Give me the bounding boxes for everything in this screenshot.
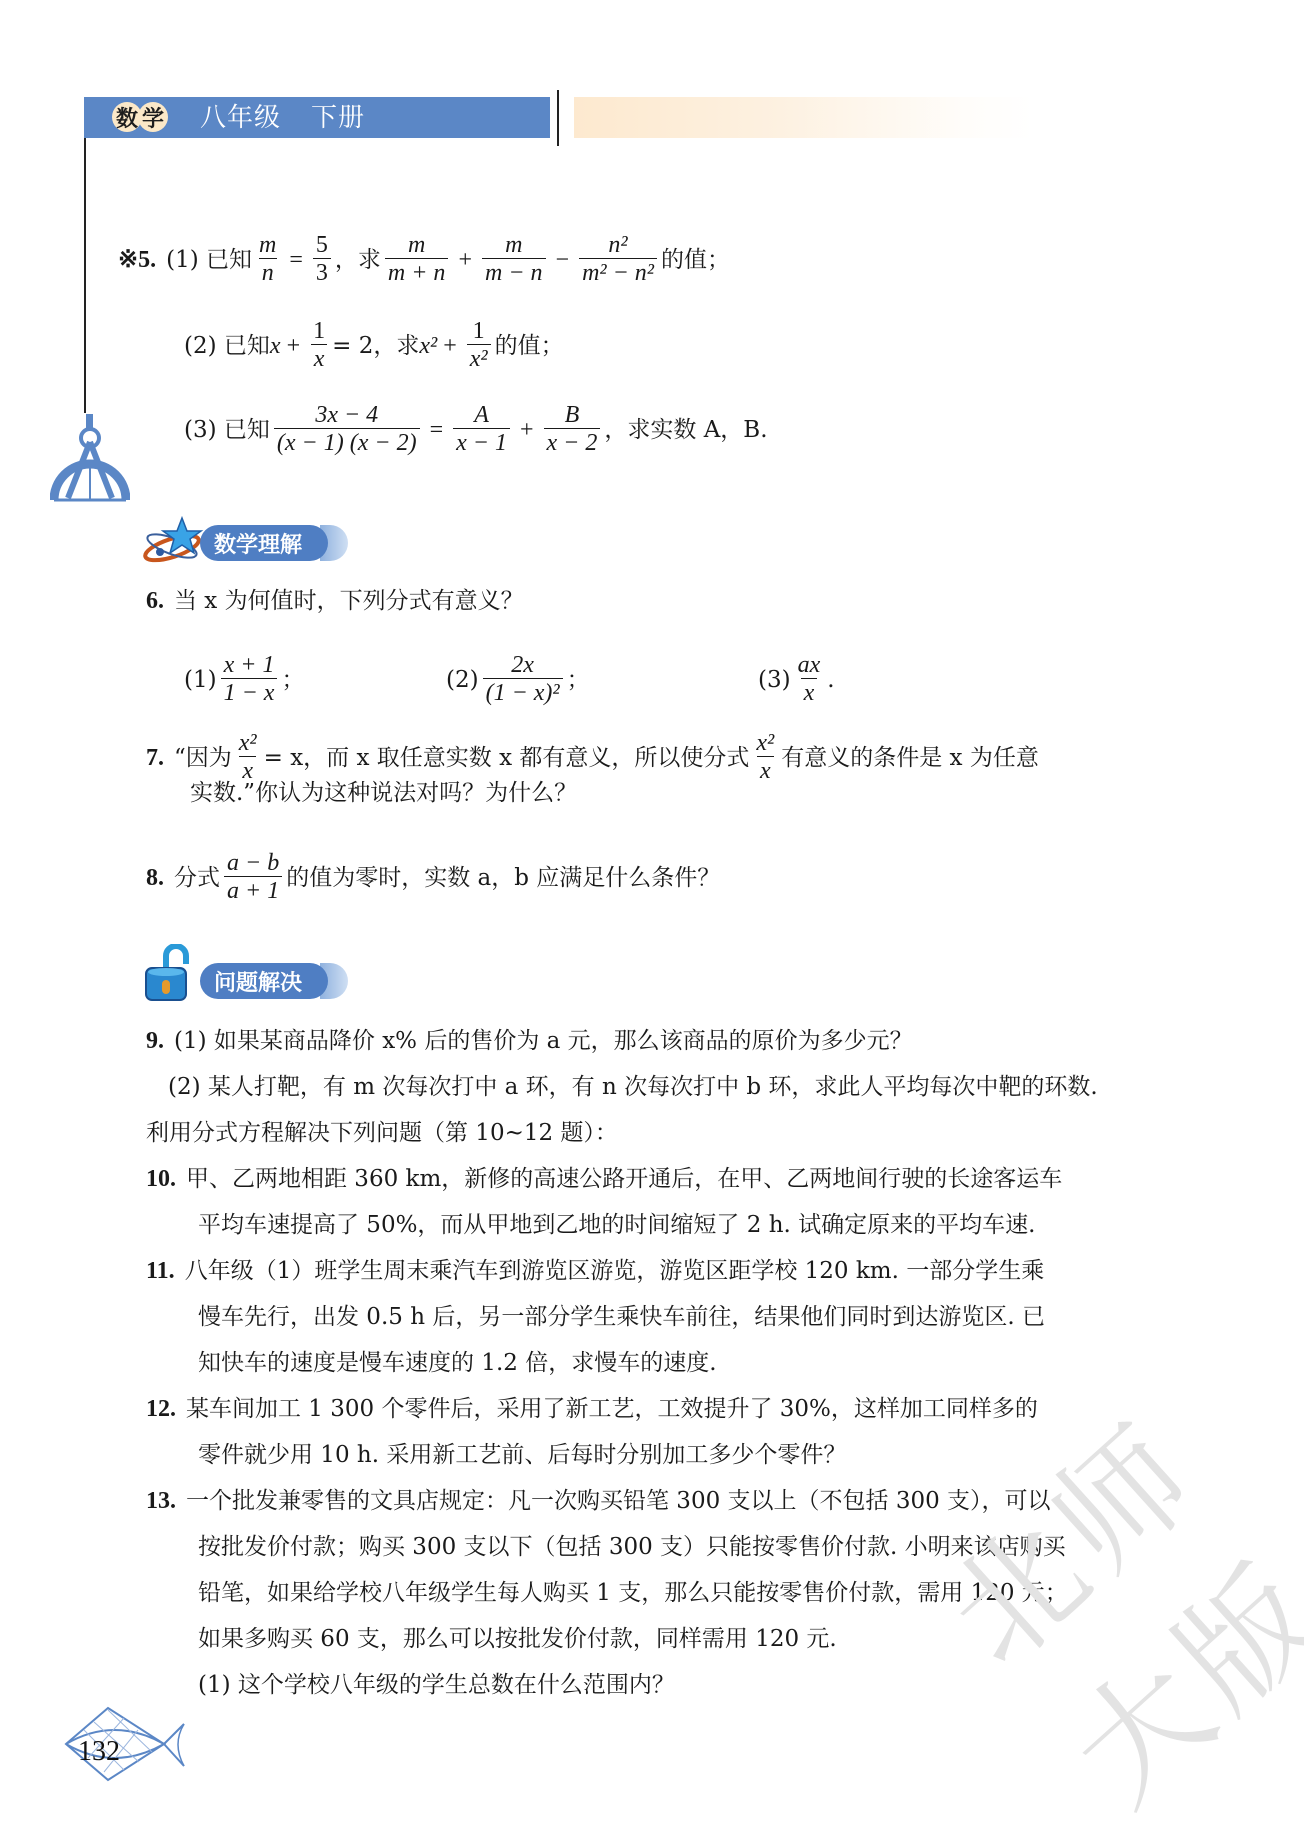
fraction: 1x xyxy=(310,318,328,373)
volume-label: 下册 xyxy=(311,103,365,133)
problem-13-line-4: 如果多购买 60 支，那么可以按批发价付款，同样需用 120 元. xyxy=(198,1624,837,1654)
fraction: mm + n xyxy=(385,232,449,287)
problem-11-line-2: 慢车先行，出发 0.5 h 后，另一部分学生乘快车前往，结果他们同时到达游览区.… xyxy=(198,1302,1045,1332)
compass-protractor-icon xyxy=(50,412,130,504)
math-var: x xyxy=(270,331,281,361)
problem-6-item-1: (1) x + 11 − x ； xyxy=(184,652,304,707)
text: ，求实数 A，B. xyxy=(604,415,767,445)
fraction: x²x xyxy=(236,730,260,785)
fraction: Ax − 1 xyxy=(453,402,510,457)
problem-10-line-2: 平均车速提高了 50%，而从甲地到乙地的时间缩短了 2 h. 试确定原来的平均车… xyxy=(198,1210,1035,1240)
text: 有意义的条件是 x 为任意 xyxy=(781,743,1039,773)
question-text: (1) 如果某商品降价 x% 后的售价为 a 元，那么该商品的原价为多少元？ xyxy=(174,1026,913,1056)
text: ； xyxy=(567,665,590,695)
problem-6-item-2: (2) 2x(1 − x)² ； xyxy=(446,652,590,707)
sub-index: (3) xyxy=(184,415,217,445)
header-decoration xyxy=(574,97,1034,138)
problem-6-item-3: (3) axx . xyxy=(758,652,835,707)
page-title: 八年级下册 xyxy=(200,98,395,138)
problem-5-part-2: (2) 已知 x + 1x = 2，求 x² + 1x² 的值； xyxy=(184,318,564,373)
problem-9-part-1: 9. (1) 如果某商品降价 x% 后的售价为 a 元，那么该商品的原价为多少元… xyxy=(146,1026,913,1056)
fraction: Bx − 2 xyxy=(544,402,601,457)
question-number: 13. xyxy=(146,1486,176,1516)
fraction: x + 11 − x xyxy=(221,652,278,707)
operator: − xyxy=(556,245,570,275)
text: ，求 xyxy=(335,245,381,275)
question-number: 12. xyxy=(146,1394,176,1424)
operator: + xyxy=(520,415,534,445)
fraction: 3x − 4(x − 1) (x − 2) xyxy=(274,402,420,457)
fraction: mm − n xyxy=(482,232,546,287)
fraction: 53 xyxy=(313,232,331,287)
operator: = xyxy=(430,415,444,445)
text: 的值为零时，实数 a，b 应满足什么条件？ xyxy=(286,863,720,893)
star-orbit-icon xyxy=(142,516,208,566)
problem-12: 12. 某车间加工 1 300 个零件后，采用了新工艺，工效提升了 30%，这样… xyxy=(146,1394,1038,1424)
operator: + xyxy=(458,245,472,275)
fraction: axx xyxy=(795,652,824,707)
text: 的值； xyxy=(661,245,730,275)
question-number: 11. xyxy=(146,1256,175,1286)
operator: = xyxy=(289,245,303,275)
sub-index: (2) xyxy=(184,331,217,361)
problem-7: 7. “因为 x²x = x，而 x 取任意实数 x 都有意义，所以使分式 x²… xyxy=(146,730,1039,785)
text: ； xyxy=(281,665,304,695)
watermark: 北师大版 xyxy=(900,1290,1304,1838)
margin-rule xyxy=(84,138,86,413)
text: “因为 xyxy=(174,743,232,773)
question-text: 某车间加工 1 300 个零件后，采用了新工艺，工效提升了 30%，这样加工同样… xyxy=(186,1394,1038,1424)
operator: + xyxy=(287,331,301,361)
problem-5-part-3: (3) 已知 3x − 4(x − 1) (x − 2) = Ax − 1 + … xyxy=(184,402,768,457)
section-title-understanding: 数学理解 xyxy=(200,525,328,561)
problem-5-part-1: ※5. (1) 已知 mn = 53 ，求 mm + n + mm − n − … xyxy=(118,232,730,287)
math-var: x² xyxy=(419,331,437,361)
text: = 2，求 xyxy=(332,331,419,361)
fraction: a − ba + 1 xyxy=(224,850,282,905)
question-number: 7. xyxy=(146,743,164,773)
fraction: mn xyxy=(256,232,279,287)
problem-12-line-2: 零件就少用 10 h. 采用新工艺前、后每时分别加工多少个零件？ xyxy=(198,1440,846,1470)
problem-13-sub-1: (1) 这个学校八年级的学生总数在什么范围内？ xyxy=(198,1670,675,1700)
text: 已知 xyxy=(206,245,252,275)
question-text: 一个批发兼零售的文具店规定：凡一次购买铅笔 300 支以上（不包括 300 支）… xyxy=(186,1486,1051,1516)
problem-8: 8. 分式 a − ba + 1 的值为零时，实数 a，b 应满足什么条件？ xyxy=(146,850,720,905)
text: 已知 xyxy=(224,331,270,361)
problem-9-part-2: (2) 某人打靶，有 m 次每次打中 a 环，有 n 次每次打中 b 环，求此人… xyxy=(168,1072,1098,1102)
text: . xyxy=(827,665,834,695)
sub-index: (1) xyxy=(166,245,199,275)
fraction: n²m² − n² xyxy=(579,232,657,287)
sub-index: (1) xyxy=(184,665,217,695)
section-title-solving: 问题解决 xyxy=(200,963,328,999)
sub-index: (3) xyxy=(758,665,791,695)
subject-logo: 数 学 xyxy=(112,102,168,132)
question-number: ※5. xyxy=(118,245,156,275)
problem-6: 6. 当 x 为何值时，下列分式有意义？ xyxy=(146,586,524,616)
page-number: 132 xyxy=(78,1736,120,1768)
fraction: 1x² xyxy=(467,318,491,373)
instruction: 利用分式方程解决下列问题（第 10~12 题）： xyxy=(146,1118,618,1148)
question-number: 9. xyxy=(146,1026,164,1056)
question-text: 当 x 为何值时，下列分式有意义？ xyxy=(174,586,524,616)
question-number: 6. xyxy=(146,586,164,616)
logo-char: 学 xyxy=(138,102,168,132)
fraction: 2x(1 − x)² xyxy=(483,652,563,707)
text: = x，而 x 取任意实数 x 都有意义，所以使分式 xyxy=(264,743,750,773)
problem-10: 10. 甲、乙两地相距 360 km，新修的高速公路开通后，在甲、乙两地间行驶的… xyxy=(146,1164,1062,1194)
question-number: 8. xyxy=(146,863,164,893)
header-divider xyxy=(557,90,559,146)
grade-label: 八年级 xyxy=(200,103,281,133)
text: 已知 xyxy=(224,415,270,445)
operator: + xyxy=(443,331,457,361)
text: 的值； xyxy=(495,331,564,361)
question-number: 10. xyxy=(146,1164,176,1194)
text: 分式 xyxy=(174,863,220,893)
problem-7-line-2: 实数.”你认为这种说法对吗？为什么？ xyxy=(190,778,577,808)
question-text: 八年级（1）班学生周末乘汽车到游览区游览，游览区距学校 120 km. 一部分学… xyxy=(185,1256,1045,1286)
problem-11-line-3: 知快车的速度是慢车速度的 1.2 倍，求慢车的速度. xyxy=(198,1348,717,1378)
sub-index: (2) xyxy=(446,665,479,695)
question-text: 甲、乙两地相距 360 km，新修的高速公路开通后，在甲、乙两地间行驶的长途客运… xyxy=(186,1164,1062,1194)
problem-11: 11. 八年级（1）班学生周末乘汽车到游览区游览，游览区距学校 120 km. … xyxy=(146,1256,1044,1286)
padlock-icon xyxy=(140,944,200,1004)
fraction: x²x xyxy=(753,730,777,785)
problem-13: 13. 一个批发兼零售的文具店规定：凡一次购买铅笔 300 支以上（不包括 30… xyxy=(146,1486,1051,1516)
